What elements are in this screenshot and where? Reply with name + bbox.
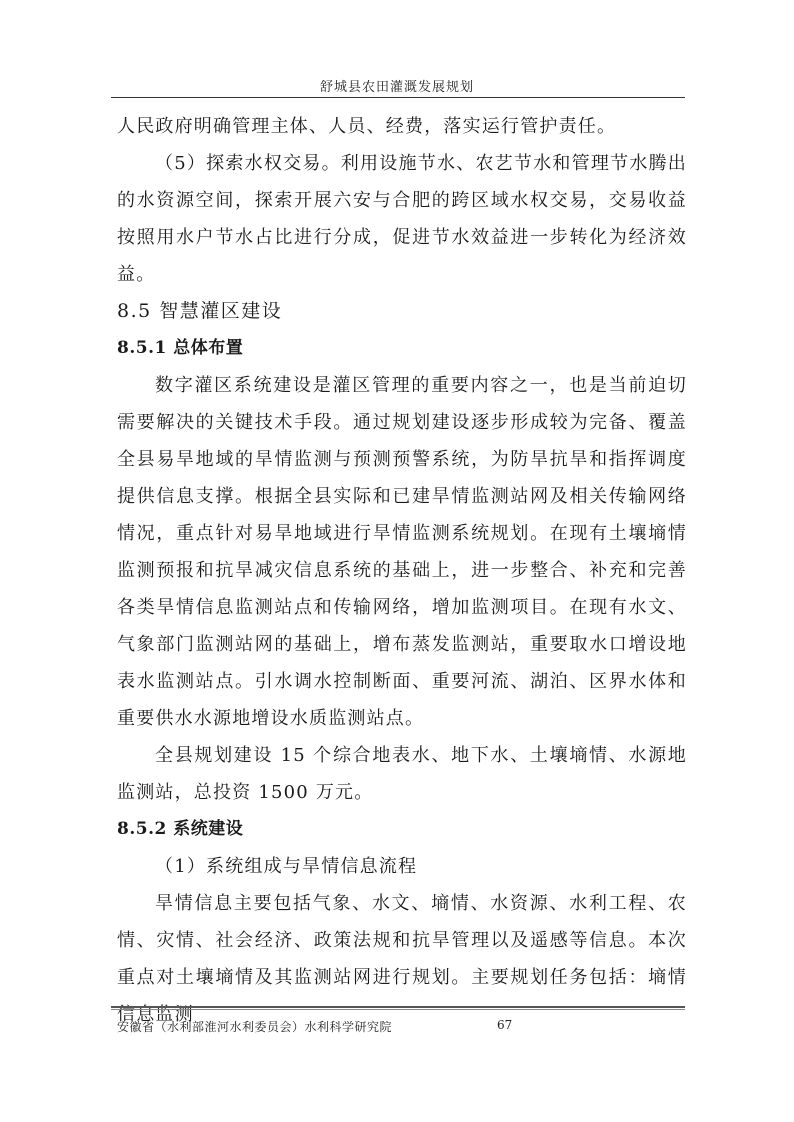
page-number: 67 xyxy=(497,1018,512,1032)
paragraph-drought-info: 旱情信息主要包括气象、水文、墒情、水资源、水利工程、农情、灾情、社会经济、政策法… xyxy=(117,885,687,1033)
paragraph-water-rights-trading: （5）探索水权交易。利用设施节水、农艺节水和管理节水腾出的水资源空间，探索开展六… xyxy=(117,145,687,293)
paragraph-investment: 全县规划建设 15 个综合地表水、地下水、土壤墒情、水源地监测站，总投资 150… xyxy=(117,737,687,811)
subsection-heading-8-5-1: 8.5.1 总体布置 xyxy=(117,330,687,367)
subsection-heading-8-5-2: 8.5.2 系统建设 xyxy=(117,811,687,848)
footer-organization: 安徽省（水利部淮河水利委员会）水利科学研究院 xyxy=(117,1018,392,1035)
paragraph-digital-irrigation: 数字灌区系统建设是灌区管理的重要内容之一，也是当前迫切需要解决的关键技术手段。通… xyxy=(117,367,687,737)
paragraph-continuation: 人民政府明确管理主体、人员、经费，落实运行管护责任。 xyxy=(117,108,687,145)
footer-divider xyxy=(111,1006,685,1010)
running-header-title: 舒城县农田灌溉发展规划 xyxy=(0,76,794,95)
page-body: 人民政府明确管理主体、人员、经费，落实运行管护责任。 （5）探索水权交易。利用设… xyxy=(117,108,687,1033)
header-divider xyxy=(111,97,685,98)
section-heading-8-5: 8.5 智慧灌区建设 xyxy=(117,293,687,330)
paragraph-item-1-heading: （1）系统组成与旱情信息流程 xyxy=(117,848,687,885)
